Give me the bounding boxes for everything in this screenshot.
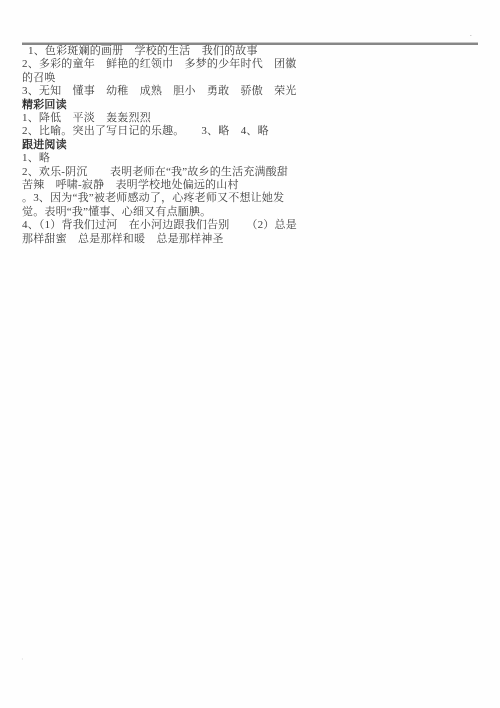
document-line: 那样甜蜜 总是那样和暖 总是那样神圣 <box>22 233 332 246</box>
document-line: 1、色彩斑斓的画册 学校的生活 我们的故事 <box>22 45 332 58</box>
page-corner-mark: . <box>470 31 472 38</box>
document-line: 觉。表明“我”懂事、心细又有点腼腆。 <box>22 206 332 219</box>
page-footer-mark: · <box>21 656 24 664</box>
section-heading: 精彩回读 <box>22 99 332 112</box>
section-heading: 跟进阅读 <box>22 139 332 152</box>
document-line: 4、（1）背我们过河 在小河边跟我们告别 （2）总是 <box>22 219 332 232</box>
document-line: 2、多彩的童年 鲜艳的红领巾 多梦的少年时代 团徽 <box>22 58 332 71</box>
document-line: 2、比喻。突出了写日记的乐趣。 3、略 4、略 <box>22 125 332 138</box>
answer-key-text-block: 1、色彩斑斓的画册 学校的生活 我们的故事 2、多彩的童年 鲜艳的红领巾 多梦的… <box>22 45 332 246</box>
document-line: 。3、因为“我”被老师感动了，心疼老师又不想让她发 <box>22 192 332 205</box>
document-line: 2、欢乐-阴沉 表明老师在“我”故乡的生活充满酸甜 <box>22 166 332 179</box>
document-line: 的召唤 <box>22 72 332 85</box>
document-page: . 1、色彩斑斓的画册 学校的生活 我们的故事 2、多彩的童年 鲜艳的红领巾 多… <box>0 0 500 708</box>
document-line: 苦辣 呼啸-寂静 表明学校地处偏远的山村 <box>22 179 332 192</box>
document-line: 1、降低 平淡 轰轰烈烈 <box>22 112 332 125</box>
document-line: 1、略 <box>22 152 332 165</box>
document-line: 3、无知 懂事 幼稚 成熟 胆小 勇敢 骄傲 荣光 <box>22 85 332 98</box>
